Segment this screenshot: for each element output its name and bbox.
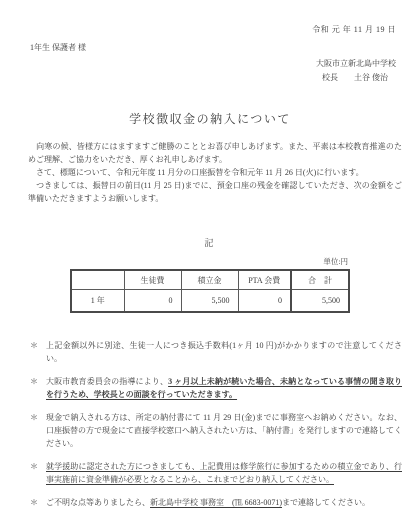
table-cell-grade: 1 年: [71, 290, 124, 313]
document-page: 令和 元 年 11 月 19 日 1年生 保護者 様 大阪市立新北島中学校 校長…: [0, 0, 420, 525]
notes-list: ＊ 上記金額以外に別途、生徒一人につき振込手数料(1ヶ月 10 円)がかかります…: [30, 339, 402, 519]
note-text: 就学援助に認定された方につきましても、上記費用は修学旅行に参加するための積立金で…: [46, 460, 402, 486]
principal-name: 校長 土谷 俊治: [322, 71, 388, 85]
table-cell-student-fee: 0: [124, 290, 181, 313]
table-header-cell: 生徒費: [124, 270, 181, 290]
note-item: ＊ 現金で納入される方は、所定の納付書にて 11 月 29 日(金)までに事務室…: [30, 411, 402, 450]
body-paragraph: 向寒の候、皆様方にはますますご健勝のこととお喜び申しあげます。また、平素は本校教…: [28, 140, 402, 166]
table-header-cell: [71, 270, 124, 290]
note-item: ＊ 大阪市教育委員会の指導により、3 ヶ月以上未納が続いた場合、未納となっている…: [30, 375, 402, 401]
table-cell-pta-fee: 0: [238, 290, 291, 313]
recipient-line: 1年生 保護者 様: [30, 42, 86, 53]
note-segment: 現金で納入される方は、所定の納付書にて 11 月 29 日(金)までに事務室へお…: [46, 413, 402, 448]
note-text: 上記金額以外に別途、生徒一人につき振込手数料(1ヶ月 10 円)がかかりますので…: [46, 339, 402, 365]
note-segment-underlined: 就学援助に認定された方につきましても、上記費用は修学旅行に参加するための積立金で…: [46, 462, 402, 484]
note-item: ＊ ご不明な点等ありましたら、新北島中学校 事務室 (℡ 6683-0071)ま…: [30, 496, 402, 509]
note-segment: 大阪市教育委員会の指導により、: [46, 377, 168, 386]
fee-table: 生徒費 積立金 PTA 会費 合 計 1 年 0 5,500 0 5,500: [70, 269, 350, 313]
asterisk-marker: ＊: [30, 339, 46, 365]
unit-label: 単位:円: [323, 256, 348, 267]
date-line: 令和 元 年 11 月 19 日: [312, 24, 396, 35]
note-segment: 上記金額以外に別途、生徒一人につき振込手数料(1ヶ月 10 円)がかかりますので…: [46, 341, 402, 363]
sender-block: 大阪市立新北島中学校 校長 土谷 俊治: [316, 57, 396, 85]
note-segment-contact: 新北島中学校 事務室 (℡ 6683-0071): [150, 498, 282, 507]
table-row: 1 年 0 5,500 0 5,500: [71, 290, 349, 313]
table-header-cell: PTA 会費: [238, 270, 291, 290]
table-cell-total: 5,500: [291, 290, 349, 313]
asterisk-marker: ＊: [30, 460, 46, 486]
body-paragraph: さて、標題について、令和元年度 11 月分の口座振替を令和元年 11 月 26 …: [28, 166, 402, 179]
school-name: 大阪市立新北島中学校: [316, 57, 396, 71]
note-item: ＊ 上記金額以外に別途、生徒一人につき振込手数料(1ヶ月 10 円)がかかります…: [30, 339, 402, 365]
note-text: 大阪市教育委員会の指導により、3 ヶ月以上未納が続いた場合、未納となっている事情…: [46, 375, 402, 401]
note-segment: ご不明な点等ありましたら、: [46, 498, 150, 507]
note-item: ＊ 就学援助に認定された方につきましても、上記費用は修学旅行に参加するための積立…: [30, 460, 402, 486]
asterisk-marker: ＊: [30, 496, 46, 509]
asterisk-marker: ＊: [30, 411, 46, 450]
table-header-cell: 積立金: [181, 270, 238, 290]
table-header-row: 生徒費 積立金 PTA 会費 合 計: [71, 270, 349, 290]
table-header-cell-total: 合 計: [291, 270, 349, 290]
table-cell-savings: 5,500: [181, 290, 238, 313]
body-text: 向寒の候、皆様方にはますますご健勝のこととお喜び申しあげます。また、平素は本校教…: [28, 140, 402, 205]
note-text: ご不明な点等ありましたら、新北島中学校 事務室 (℡ 6683-0071)まで連…: [46, 496, 402, 509]
body-paragraph: つきましては、振替日の前日(11 月 25 日)までに、預金口座の残金を確認して…: [28, 179, 402, 205]
note-text: 現金で納入される方は、所定の納付書にて 11 月 29 日(金)までに事務室へお…: [46, 411, 402, 450]
note-segment: まで連絡してください。: [282, 498, 370, 507]
page-title: 学校徴収金の納入について: [0, 110, 420, 127]
asterisk-marker: ＊: [30, 375, 46, 401]
record-label: 記: [0, 236, 420, 249]
